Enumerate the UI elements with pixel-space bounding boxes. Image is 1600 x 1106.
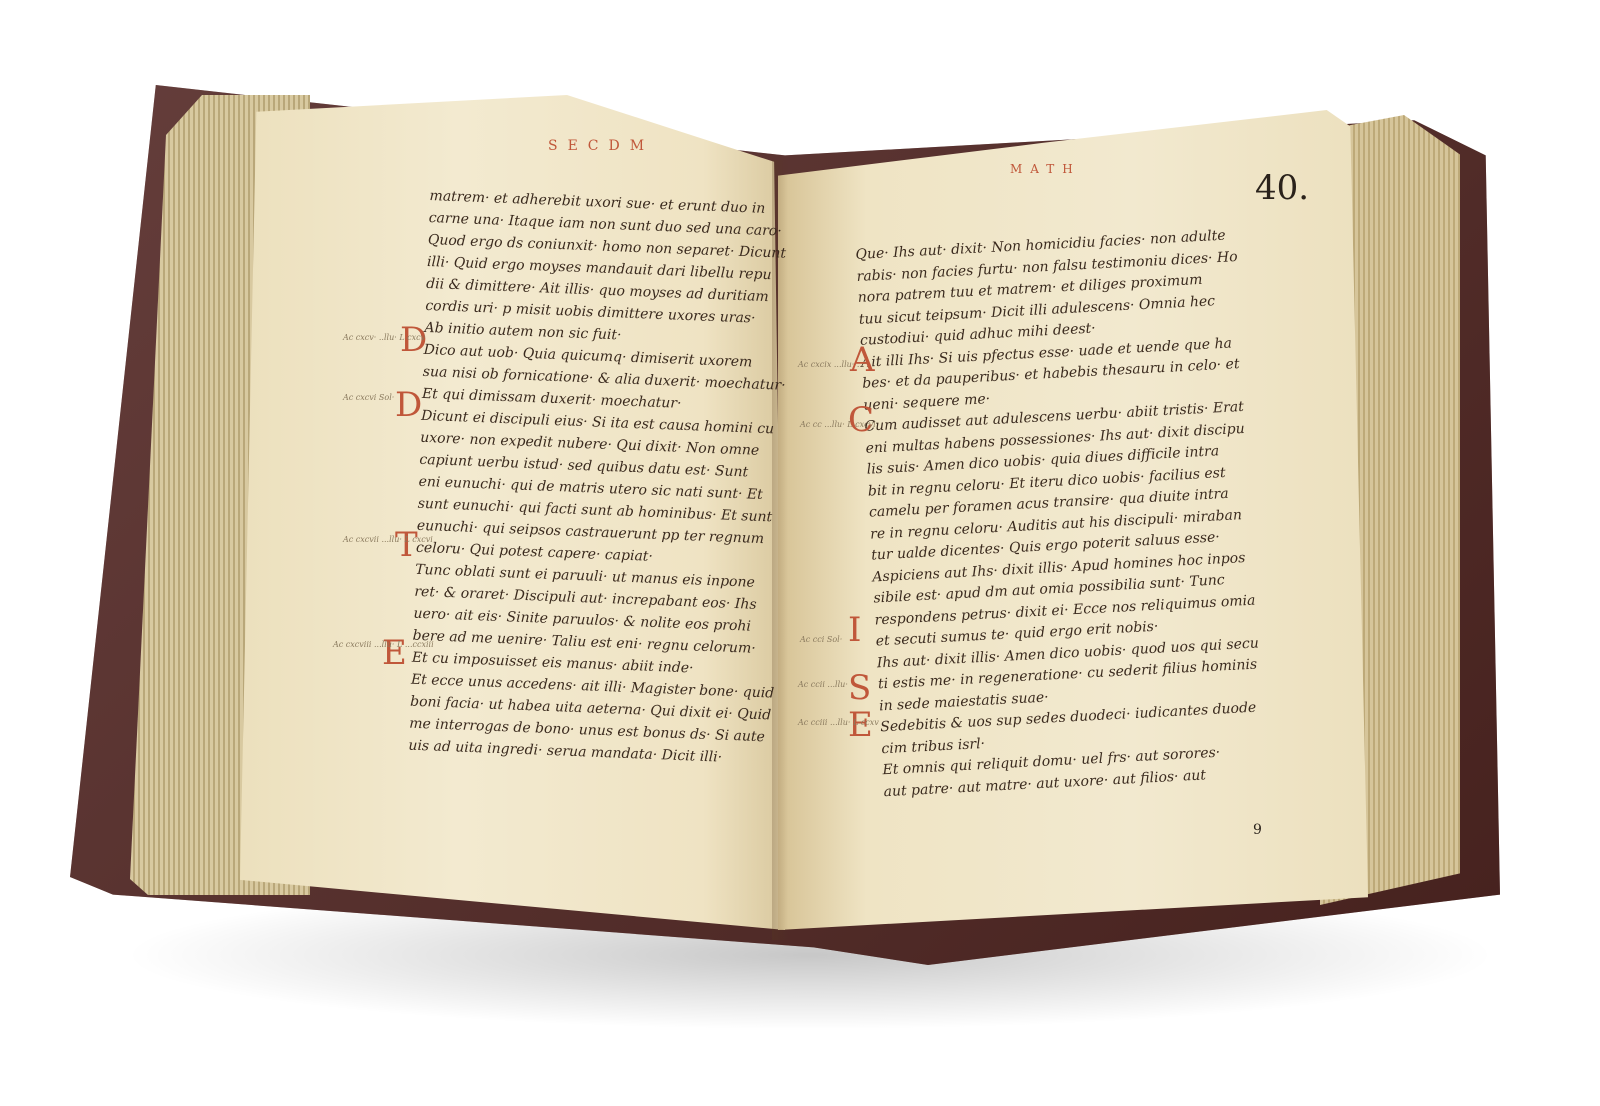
- folio-number: 40.: [1255, 168, 1309, 208]
- marginal-note: Ac cci Sol·: [800, 635, 842, 644]
- initial-s: S: [848, 668, 871, 708]
- initial-i: I: [848, 610, 861, 650]
- right-page-text: Que· Ihs aut· dixit· Non homicidiu facie…: [855, 225, 1266, 803]
- marginal-note: Ac cxcv· ..llu· L cxcv: [343, 333, 425, 342]
- initial-t: T: [395, 525, 418, 565]
- right-running-head: MATH: [1010, 162, 1081, 176]
- initial-d: D: [395, 385, 422, 425]
- marginal-note: Ac cciii ...llu· L ccxv: [798, 718, 879, 727]
- left-page-text: matrem· et adherebit uxori sue· et erunt…: [408, 185, 793, 771]
- left-running-head: SECDM: [548, 138, 654, 154]
- marginal-note: Ac cxcviii ...llu· L ...ccxiii: [333, 640, 434, 649]
- marginal-note: Ac ccii ...llu·: [798, 680, 848, 689]
- marginal-note: Ac cxcix ...llu· ...: [798, 360, 865, 369]
- marginal-note: Ac cxcvi Sol·: [343, 393, 394, 402]
- signature-mark: 9: [1253, 822, 1262, 838]
- marginal-note: Ac cc ...llu· L cxcvi: [800, 420, 876, 429]
- marginal-note: Ac cxcvii ...llu· L cxcvi: [343, 535, 433, 544]
- initial-e: E: [382, 633, 407, 673]
